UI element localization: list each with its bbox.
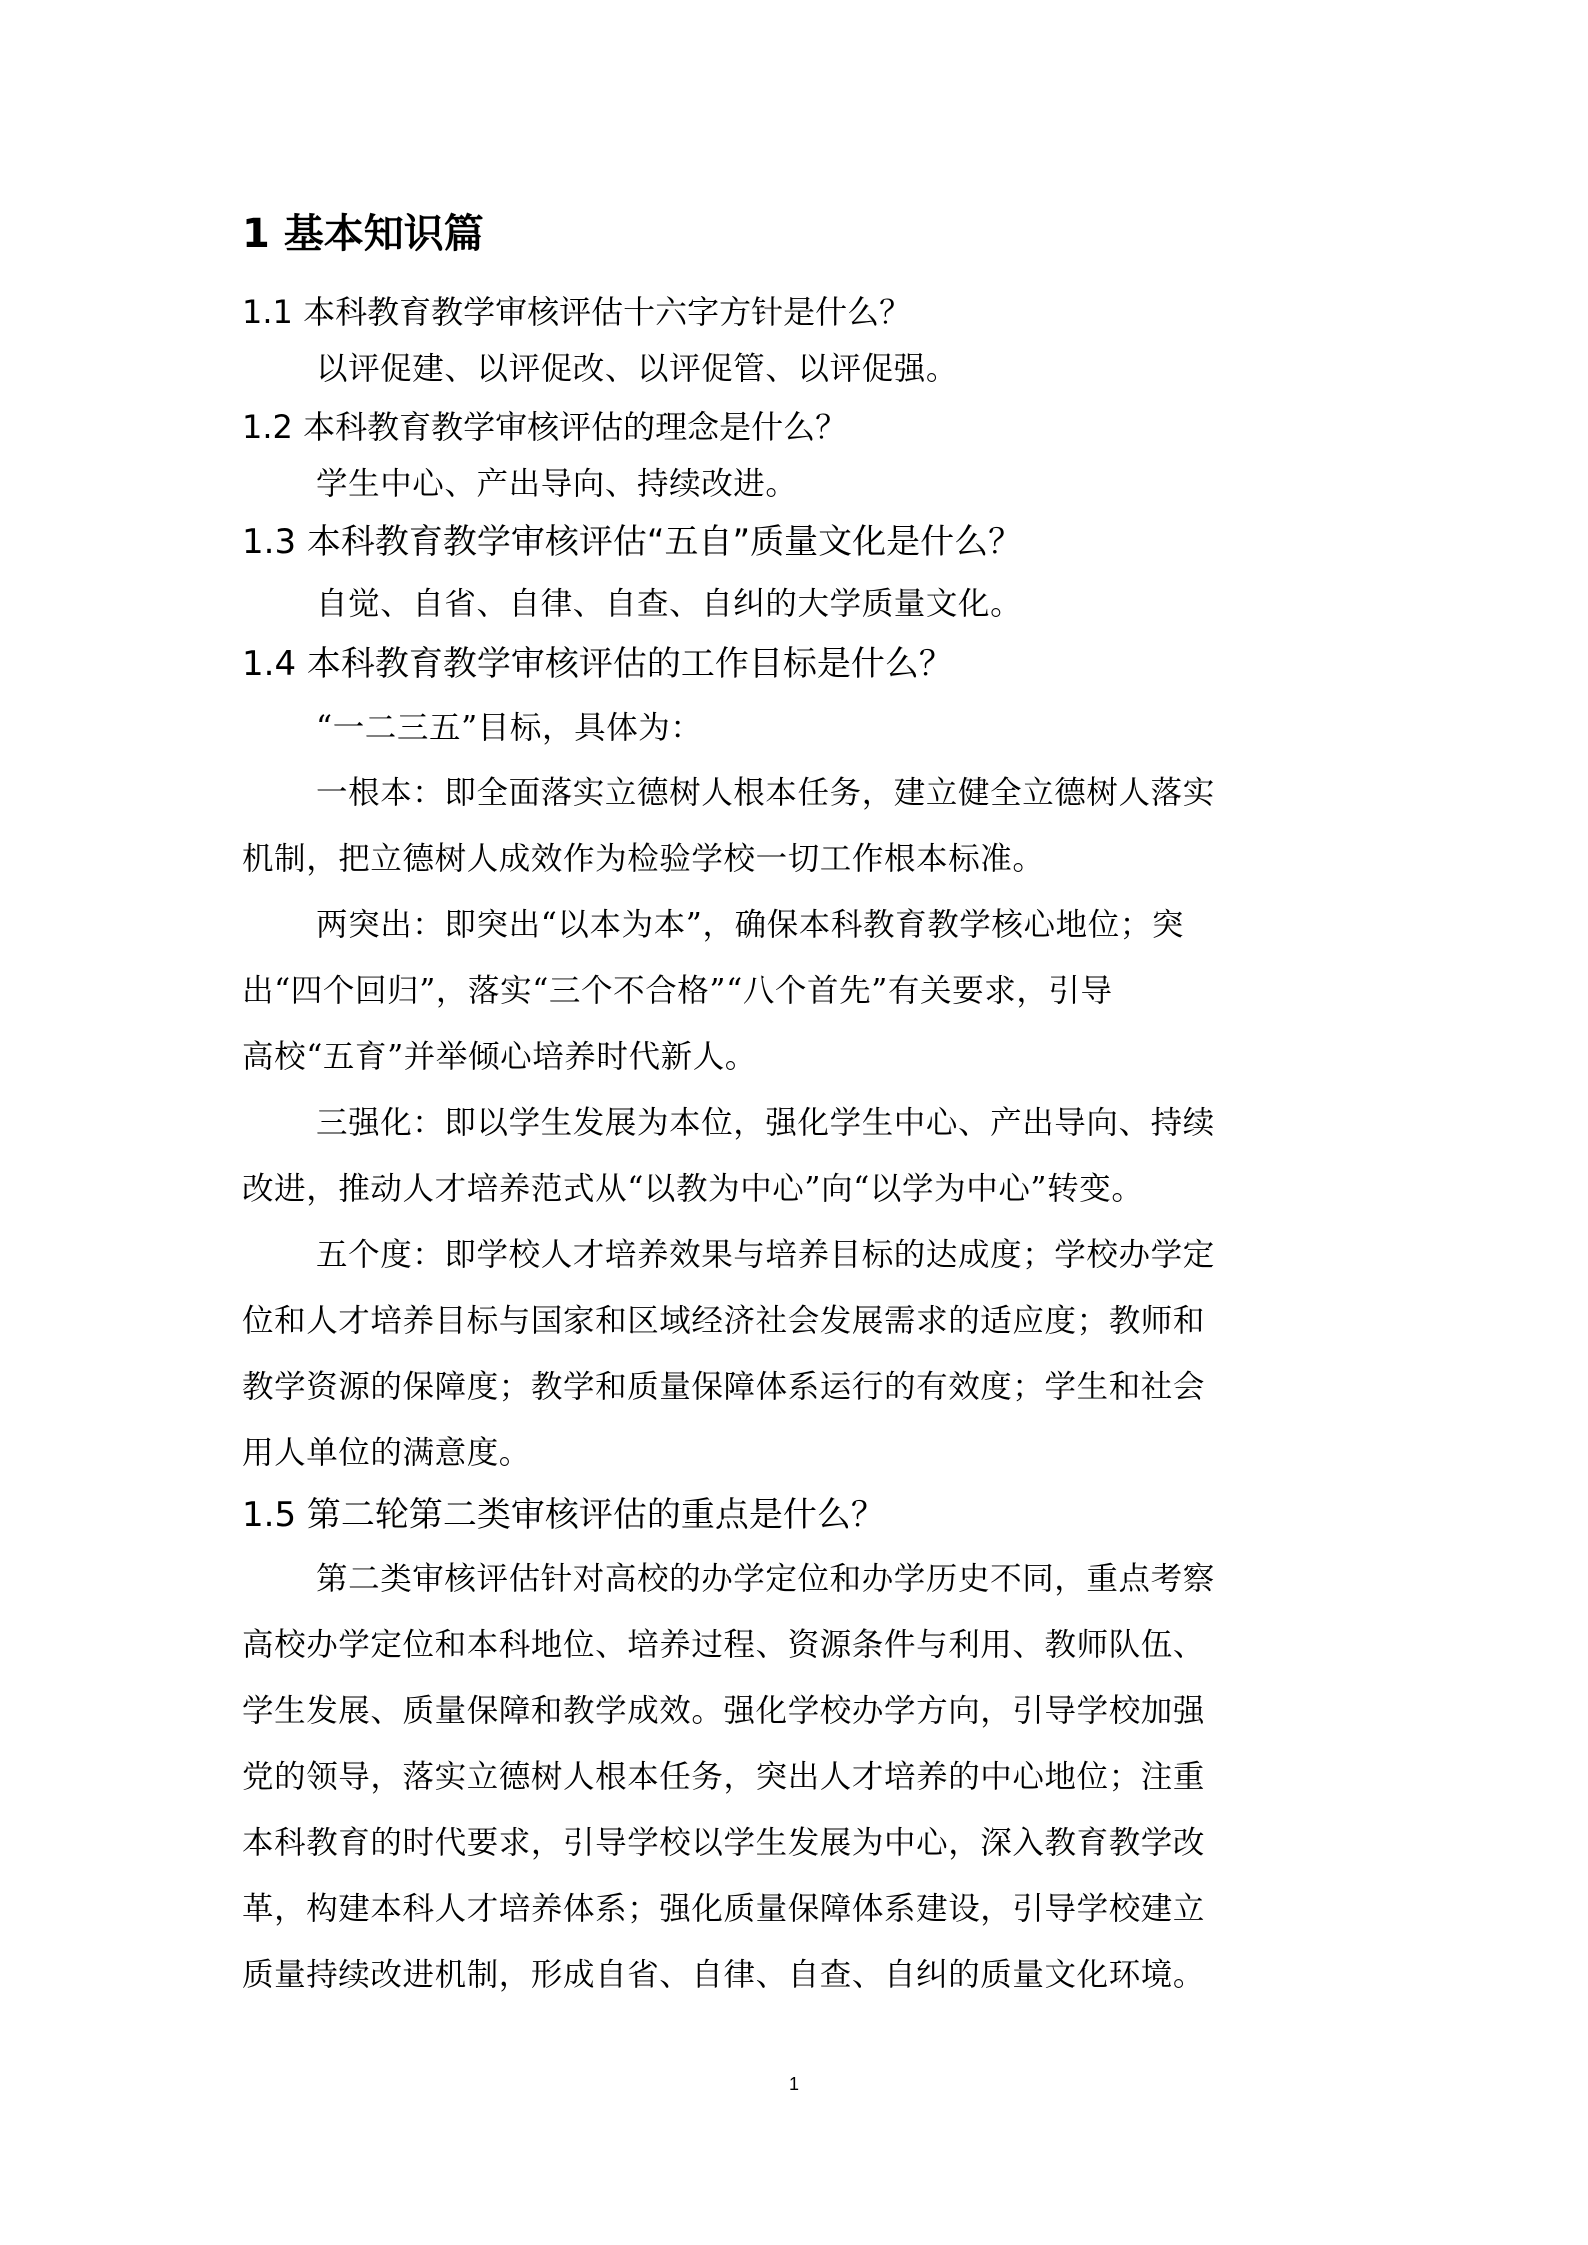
section-1-5-line: 党的领导，落实立德树人根本任务，突出人才培养的中心地位；注重 (242, 1762, 1352, 1794)
page-number: 1 (0, 2074, 1588, 2095)
section-1-4-line: 位和人才培养目标与国家和区域经济社会发展需求的适应度；教师和 (242, 1306, 1352, 1338)
section-1-4-line: 出“四个回归”，落实“三个不合格”“八个首先”有关要求，引导 (242, 976, 1352, 1008)
section-1-4-line: 高校“五育”并举倾心培养时代新人。 (242, 1042, 1352, 1074)
section-heading-1-1: 1.1 本科教育教学审核评估十六字方针是什么？ (242, 296, 1352, 328)
section-1-4-line: 三强化：即以学生发展为本位，强化学生中心、产出导向、持续 (316, 1108, 1352, 1140)
section-1-5-line: 第二类审核评估针对高校的办学定位和办学历史不同，重点考察 (316, 1564, 1352, 1596)
section-heading-1-5: 1.5 第二轮第二类审核评估的重点是什么？ (242, 1498, 1352, 1532)
section-1-1-answer: 以评促建、以评促改、以评促管、以评促强。 (316, 354, 1352, 386)
section-1-5-line: 本科教育的时代要求，引导学校以学生发展为中心，深入教育教学改 (242, 1828, 1352, 1860)
section-heading-1-3: 1.3 本科教育教学审核评估“五自”质量文化是什么？ (242, 525, 1352, 559)
section-1-2-answer: 学生中心、产出导向、持续改进。 (316, 469, 1352, 501)
document-page: 1 基本知识篇 1.1 本科教育教学审核评估十六字方针是什么？ 以评促建、以评促… (0, 0, 1588, 2245)
section-1-5-line: 高校办学定位和本科地位、培养过程、资源条件与利用、教师队伍、 (242, 1630, 1352, 1662)
section-1-4-line: 一根本：即全面落实立德树人根本任务，建立健全立德树人落实 (316, 778, 1352, 810)
section-1-4-line: 机制，把立德树人成效作为检验学校一切工作根本标准。 (242, 844, 1352, 876)
section-1-5-line: 质量持续改进机制，形成自省、自律、自查、自纠的质量文化环境。 (242, 1960, 1352, 1992)
section-1-4-line: 用人单位的满意度。 (242, 1438, 1352, 1470)
section-1-5-line: 学生发展、质量保障和教学成效。强化学校办学方向，引导学校加强 (242, 1696, 1352, 1728)
section-1-4-line: 改进，推动人才培养范式从“以教为中心”向“以学为中心”转变。 (242, 1174, 1352, 1206)
section-1-4-line: 教学资源的保障度；教学和质量保障体系运行的有效度；学生和社会 (242, 1372, 1352, 1404)
section-heading-1-4: 1.4 本科教育教学审核评估的工作目标是什么？ (242, 647, 1352, 681)
chapter-title: 1 基本知识篇 (242, 214, 1352, 254)
section-1-5-line: 革，构建本科人才培养体系；强化质量保障体系建设，引导学校建立 (242, 1894, 1352, 1926)
section-1-3-answer: 自觉、自省、自律、自查、自纠的大学质量文化。 (316, 589, 1352, 621)
section-heading-1-2: 1.2 本科教育教学审核评估的理念是什么？ (242, 411, 1352, 443)
section-1-4-line: 五个度：即学校人才培养效果与培养目标的达成度；学校办学定 (316, 1240, 1352, 1272)
section-1-4-intro: “一二三五”目标，具体为： (316, 713, 1352, 745)
section-1-4-line: 两突出：即突出“以本为本”，确保本科教育教学核心地位；突 (316, 910, 1352, 942)
